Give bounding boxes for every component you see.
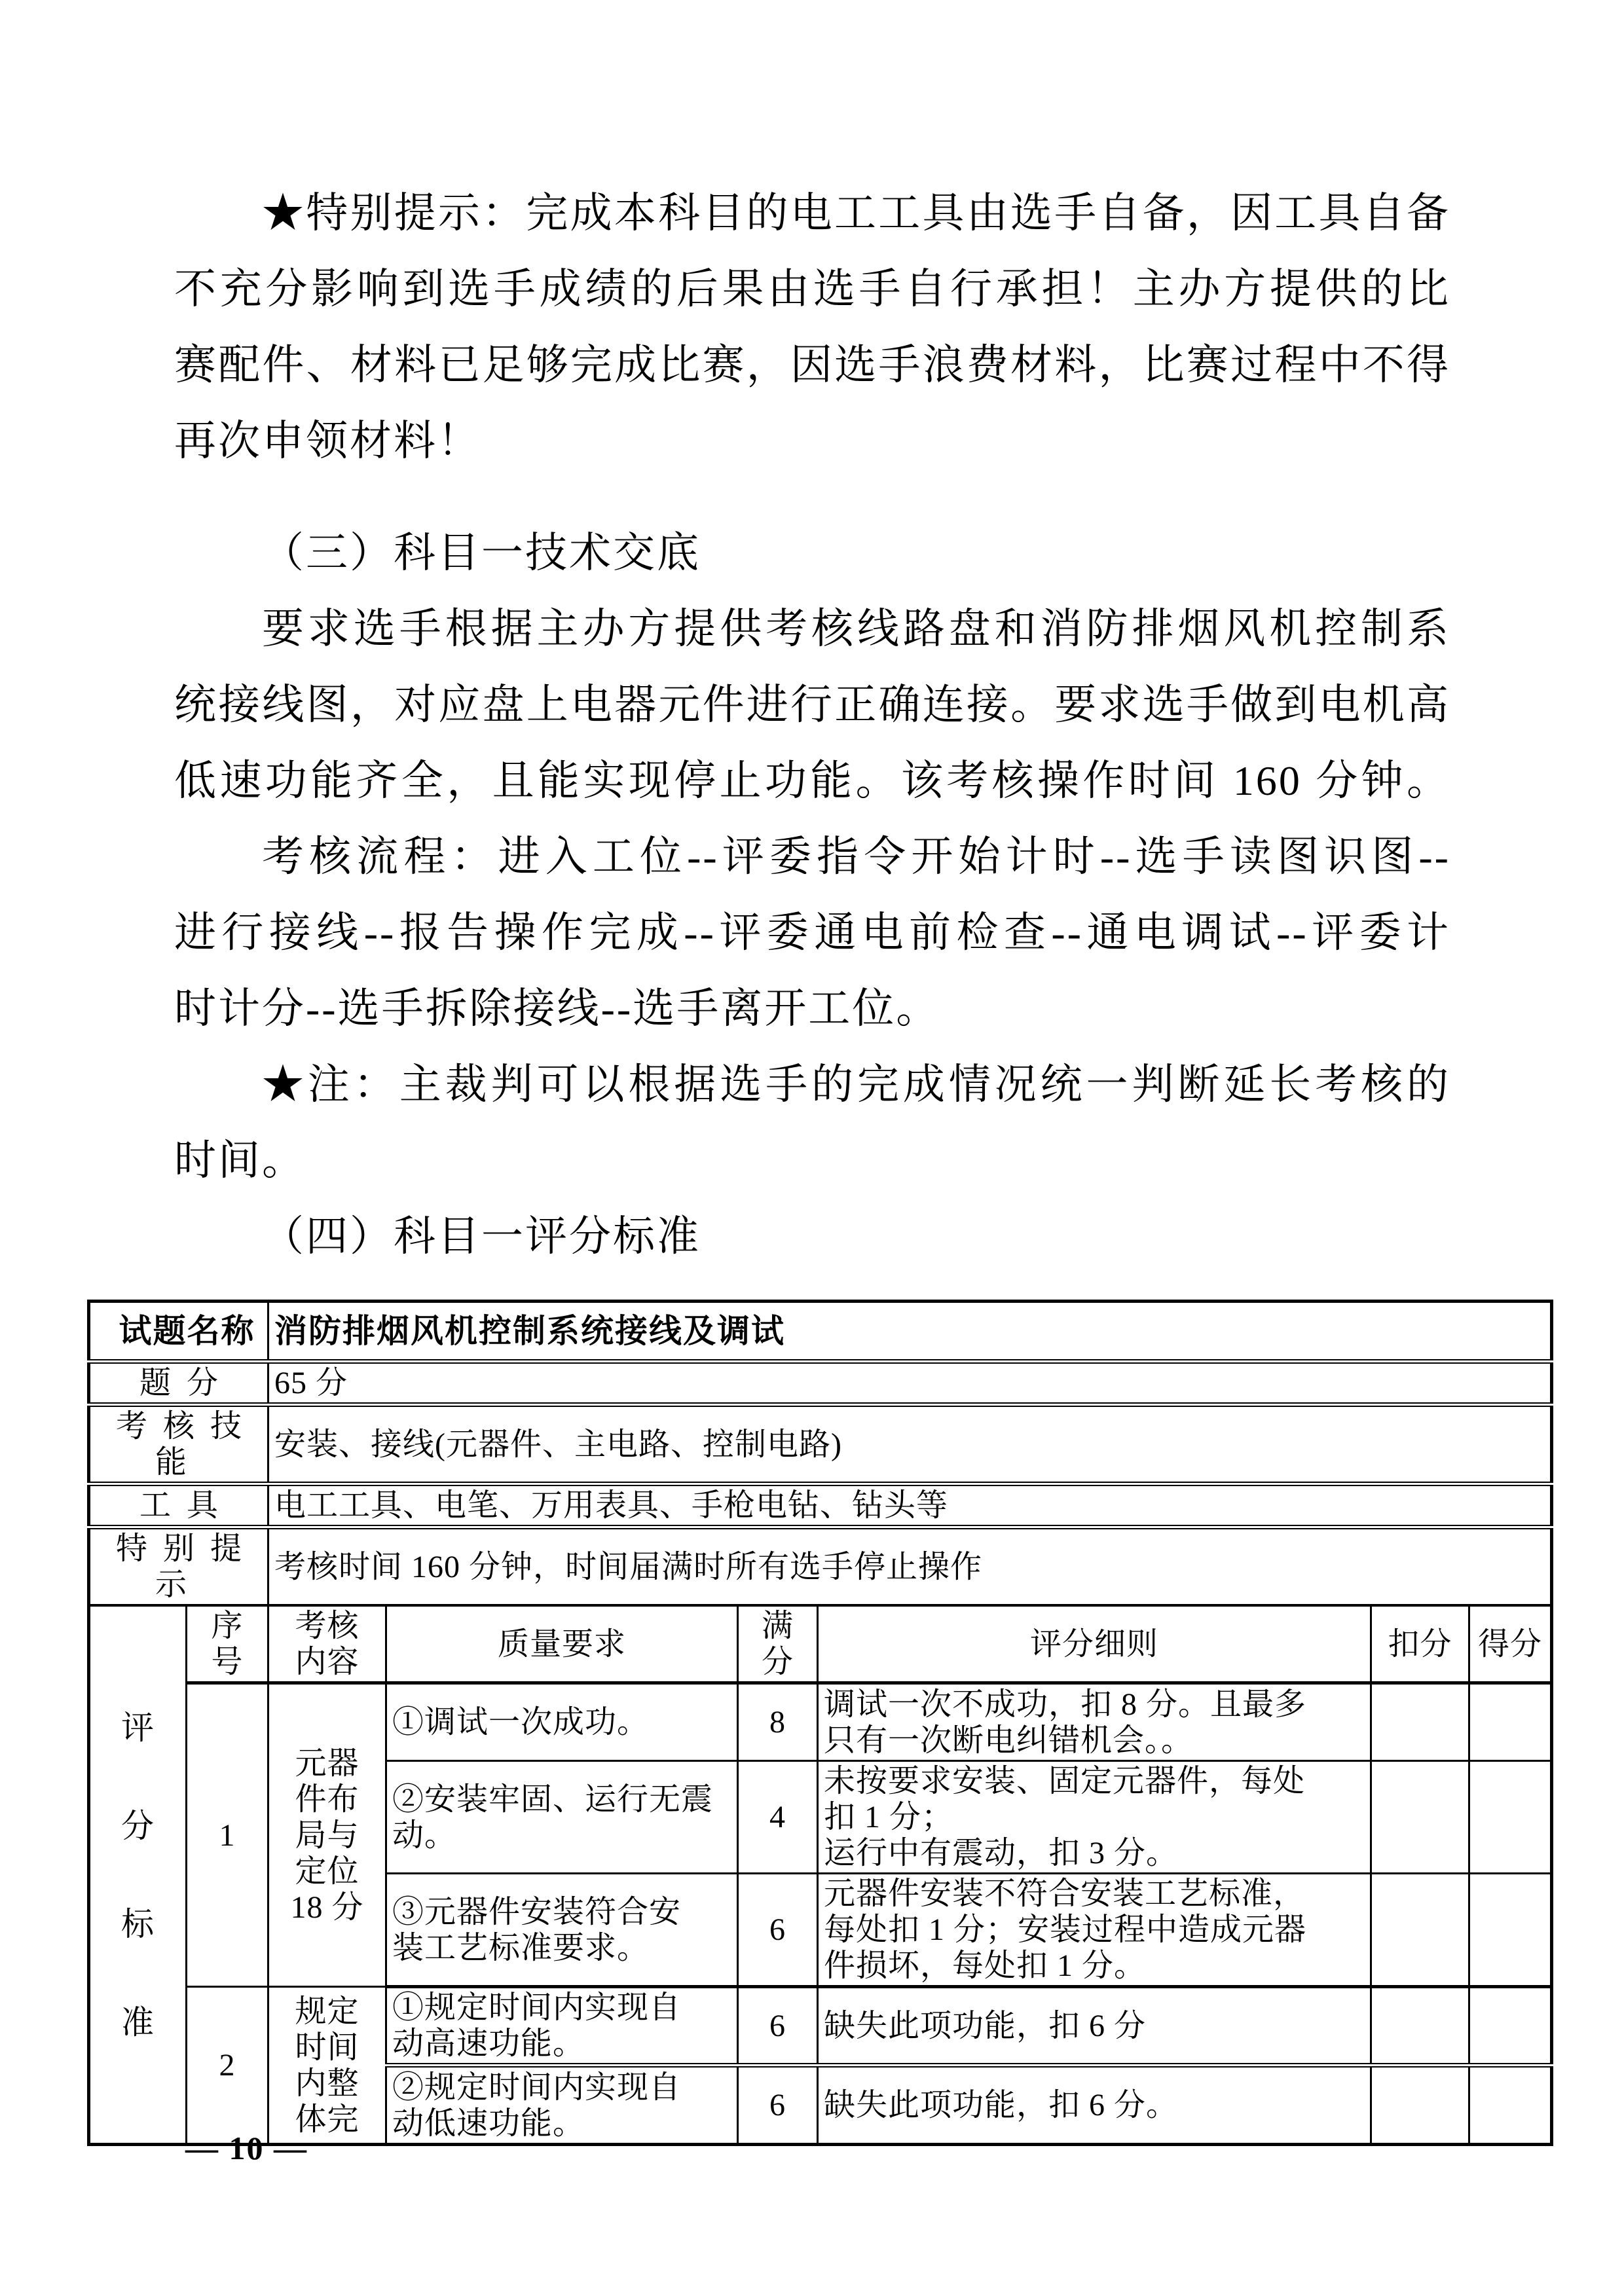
paragraph-line: 赛配件、材料已足够完成比赛，因选手浪费材料，比赛过程中不得 <box>174 327 1450 403</box>
full-score-cell: 6 <box>738 1987 818 2066</box>
detail-cell: 缺失此项功能，扣 6 分 <box>818 1987 1371 2066</box>
scoring-table: 试题名称 消防排烟风机控制系统接线及调试 题分 65 分 考核技能 安装、接线(… <box>87 1300 1553 2146</box>
quality-cell: ①调试一次成功。 <box>386 1683 738 1761</box>
info-label: 工具 <box>89 1484 268 1527</box>
table-row: 试题名称 消防排烟风机控制系统接线及调试 <box>89 1302 1552 1362</box>
col-header-score: 得分 <box>1469 1605 1552 1683</box>
paragraph-line: 再次申领材料！ <box>174 403 1450 479</box>
paragraph-line: 进行接线--报告操作完成--评委通电前检查--通电调试--评委计 <box>174 895 1450 971</box>
deduct-cell-empty <box>1371 1761 1469 1874</box>
info-value: 考核时间 160 分钟，时间届满时所有选手停止操作 <box>268 1527 1552 1606</box>
full-score-cell: 6 <box>738 1874 818 1987</box>
deduct-cell-empty <box>1371 2066 1469 2145</box>
paragraph-line: 时计分--选手拆除接线--选手离开工位。 <box>174 971 1450 1047</box>
content-cell: 元器 件布 局与 定位 18 分 <box>268 1683 386 1987</box>
col-header-detail: 评分细则 <box>818 1605 1371 1683</box>
section-heading-4: （四）科目一评分标准 <box>174 1199 1450 1275</box>
deduct-cell-empty <box>1371 1683 1469 1761</box>
document-page: ★特别提示：完成本科目的电工工具由选手自备，因工具自备 不充分影响到选手成绩的后… <box>0 0 1624 2296</box>
body-text: ★特别提示：完成本科目的电工工具由选手自备，因工具自备 不充分影响到选手成绩的后… <box>174 175 1450 1275</box>
detail-cell: 元器件安装不符合安装工艺标准， 每处扣 1 分；安装过程中造成元器 件损坏，每处… <box>818 1874 1371 1987</box>
score-cell-empty <box>1469 1874 1552 1987</box>
section-heading-3: （三）科目一技术交底 <box>174 515 1450 591</box>
deduct-cell-empty <box>1371 1987 1469 2066</box>
info-label: 考核技能 <box>89 1405 268 1484</box>
full-score-cell: 4 <box>738 1761 818 1874</box>
quality-cell: ③元器件安装符合安 装工艺标准要求。 <box>386 1874 738 1987</box>
col-header-seq: 序 号 <box>187 1605 268 1683</box>
section-label-vertical: 评 分 标 准 <box>89 1605 187 2145</box>
score-cell-empty <box>1469 1683 1552 1761</box>
paragraph-line: ★特别提示：完成本科目的电工工具由选手自备，因工具自备 <box>174 175 1450 251</box>
score-cell-empty <box>1469 1987 1552 2066</box>
paragraph-line: 要求选手根据主办方提供考核线路盘和消防排烟风机控制系 <box>174 591 1450 667</box>
paragraph-line: 考核流程：进入工位--评委指令开始计时--选手读图识图-- <box>174 819 1450 895</box>
info-value: 电工工具、电笔、万用表具、手枪电钻、钻头等 <box>268 1484 1552 1527</box>
seq-cell: 1 <box>187 1683 268 1987</box>
detail-cell: 未按要求安装、固定元器件，每处 扣 1 分； 运行中有震动，扣 3 分。 <box>818 1761 1371 1874</box>
score-cell-empty <box>1469 1761 1552 1874</box>
info-value: 安装、接线(元器件、主电路、控制电路) <box>268 1405 1552 1484</box>
full-score-cell: 6 <box>738 2066 818 2145</box>
quality-cell: ②规定时间内实现自 动低速功能。 <box>386 2066 738 2145</box>
info-label: 特别提示 <box>89 1527 268 1606</box>
detail-cell: 缺失此项功能，扣 6 分。 <box>818 2066 1371 2145</box>
col-header-quality: 质量要求 <box>386 1605 738 1683</box>
paragraph-line: 时间。 <box>174 1123 1450 1199</box>
col-header-full-score: 满 分 <box>738 1605 818 1683</box>
full-score-cell: 8 <box>738 1683 818 1761</box>
deduct-cell-empty <box>1371 1874 1469 1987</box>
table-row: 题分 65 分 <box>89 1362 1552 1405</box>
table-row: 特别提示 考核时间 160 分钟，时间届满时所有选手停止操作 <box>89 1527 1552 1606</box>
paragraph-line: 统接线图，对应盘上电器元件进行正确连接。要求选手做到电机高 <box>174 667 1450 743</box>
score-cell-empty <box>1469 2066 1552 2145</box>
quality-cell: ①规定时间内实现自 动高速功能。 <box>386 1987 738 2066</box>
content-cell: 规定 时间 内整 体完 <box>268 1987 386 2145</box>
table-header-row: 评 分 标 准 序 号 考核 内容 质量要求 满 分 评分细则 扣分 得分 <box>89 1605 1552 1683</box>
info-label: 试题名称 <box>89 1302 268 1362</box>
info-value: 消防排烟风机控制系统接线及调试 <box>268 1302 1552 1362</box>
info-value: 65 分 <box>268 1362 1552 1405</box>
seq-cell: 2 <box>187 1987 268 2145</box>
paragraph-line: 不充分影响到选手成绩的后果由选手自行承担！主办方提供的比 <box>174 251 1450 327</box>
table-row: 1 元器 件布 局与 定位 18 分 ①调试一次成功。 8 调试一次不成功，扣 … <box>89 1683 1552 1761</box>
paragraph-line: ★注：主裁判可以根据选手的完成情况统一判断延长考核的 <box>174 1047 1450 1123</box>
col-header-deduct: 扣分 <box>1371 1605 1469 1683</box>
table-row: 2 规定 时间 内整 体完 ①规定时间内实现自 动高速功能。 6 缺失此项功能，… <box>89 1987 1552 2066</box>
paragraph-line: 低速功能齐全，且能实现停止功能。该考核操作时间 160 分钟。 <box>174 743 1450 819</box>
page-number: — 10 — <box>185 2129 308 2167</box>
quality-cell: ②安装牢固、运行无震 动。 <box>386 1761 738 1874</box>
table-row: 工具 电工工具、电笔、万用表具、手枪电钻、钻头等 <box>89 1484 1552 1527</box>
col-header-content: 考核 内容 <box>268 1605 386 1683</box>
table-row: 考核技能 安装、接线(元器件、主电路、控制电路) <box>89 1405 1552 1484</box>
info-label: 题分 <box>89 1362 268 1405</box>
detail-cell: 调试一次不成功，扣 8 分。且最多 只有一次断电纠错机会。。 <box>818 1683 1371 1761</box>
